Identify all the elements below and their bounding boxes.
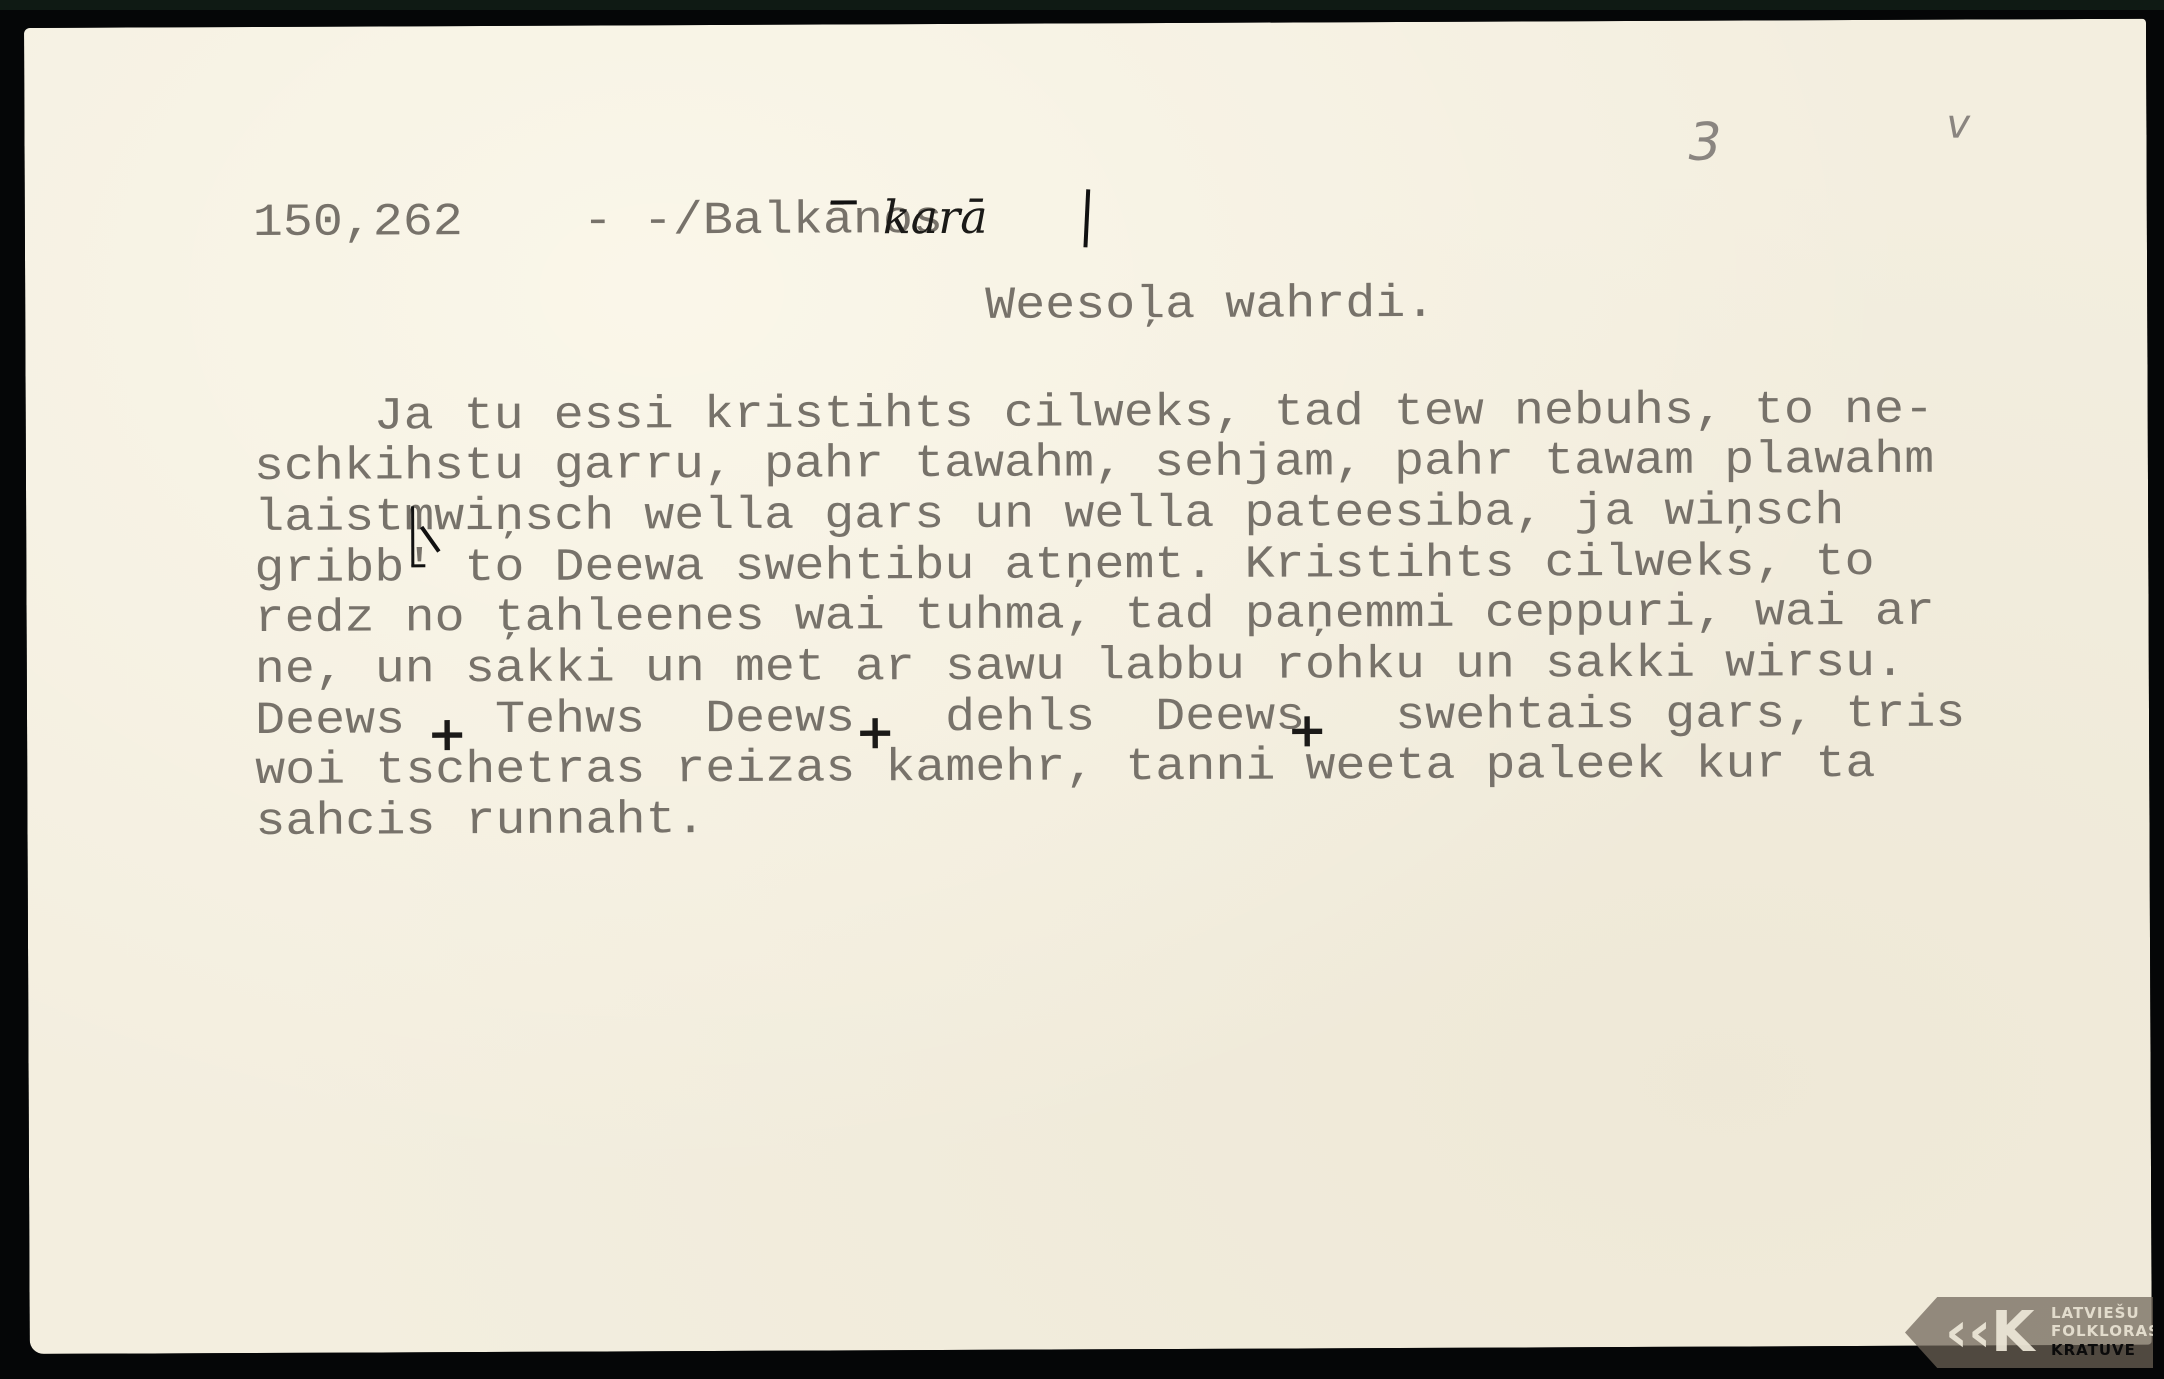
body-line: laistmwiņsch wella gars un wella pateesi… [254, 489, 1844, 542]
check-mark-pencil: v [1946, 102, 1970, 148]
body-text: Ja tu essi kristihts cilweks, tad tew ne… [24, 19, 2146, 28]
scanner-edge [0, 0, 2164, 10]
logo-line-2: FOLKLORAS [2051, 1323, 2160, 1340]
record-number: 150,262 [253, 200, 463, 247]
cross-mark: + [427, 706, 467, 762]
body-line: schkihstu garru, pahr tawahm, sehjam, pa… [254, 438, 1934, 491]
body-line: Ja tu essi kristihts cilweks, tad tew ne… [254, 388, 1934, 441]
logo-line-1: LATVIEŠU [2051, 1305, 2140, 1322]
archive-card: 150,262 - -/Balkānos karā 3 v Weesoļa wa… [24, 19, 2152, 1354]
cross-mark: + [855, 704, 895, 760]
body-line: ne, un sakki un met ar sawu labbu rohku … [255, 641, 1905, 694]
document-title: Weesoļa wahrdi. [985, 282, 1435, 330]
insertion-mark [411, 506, 414, 566]
body-line: sahcis runnaht. [255, 798, 705, 846]
body-line: Deews Tehws Deews dehls Deews swehtais g… [255, 692, 1965, 745]
logo-chevrons-icon: ‹‹K [1945, 1303, 2035, 1363]
body-line: redz no ţahleenes wai tuhma, tad paņemmi… [254, 590, 1934, 643]
logo-line-3: KRATUVE [2051, 1342, 2136, 1359]
body-line: gribb' to Deewa swehtibu atņemt. Kristih… [254, 540, 1874, 593]
body-line: woi tschetras reizas kamehr, tanni weeta… [255, 742, 1875, 795]
insertion-mark-foot [411, 564, 425, 567]
macron-correction-mark [831, 200, 857, 204]
location-handwritten: karā [883, 190, 988, 244]
pen-bar-mark [1083, 189, 1090, 247]
latviesu-folkloras-kratuve-logo: ‹‹K LATVIEŠU FOLKLORAS KRATUVE [1905, 1297, 2153, 1368]
page-number-pencil: 3 [1688, 113, 1721, 173]
cross-mark: + [1287, 702, 1327, 758]
